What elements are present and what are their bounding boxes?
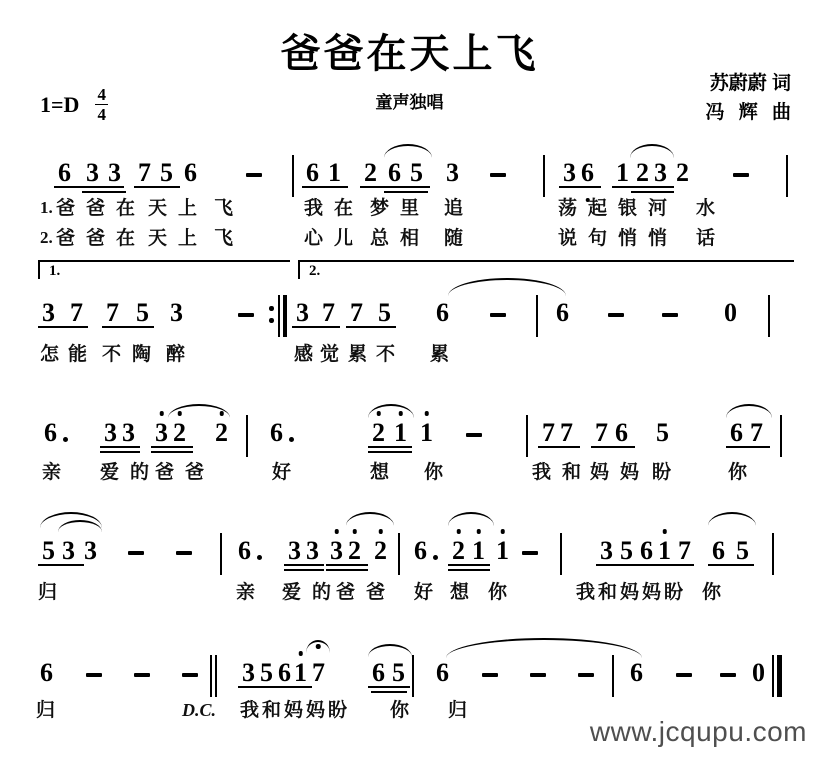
duration-dash (246, 173, 262, 177)
lyric: 累 (348, 344, 378, 367)
note: 6 (44, 420, 57, 446)
lyric: 盼 (652, 462, 682, 485)
lyric: 飞 (214, 198, 244, 221)
note: 5 (136, 300, 149, 326)
beam-underline (384, 191, 428, 193)
score-canvas: 6337566126533612321.爸爸在天上飞我在梦里追荡起银河水2.爸爸… (0, 0, 819, 758)
beam-underline (151, 446, 193, 448)
lyric: 归 (448, 700, 478, 723)
note: 7 (312, 660, 325, 686)
volta-label: 1. (49, 263, 60, 280)
volta-label: 2. (309, 263, 320, 280)
lyric: 你 (488, 582, 518, 605)
note: 3 (155, 420, 168, 446)
note: 6 (270, 420, 283, 446)
lyric: 想 (370, 462, 400, 485)
duration-dash (238, 313, 254, 317)
note: 2 (636, 160, 649, 186)
note: 7 (542, 420, 555, 446)
note: 1 (294, 660, 307, 686)
lyric: 1. (40, 198, 53, 218)
lyric: 总相 (370, 228, 430, 251)
lyric: 爸爸在 (56, 198, 146, 221)
beam-underline (346, 326, 396, 328)
slur-arc (708, 512, 756, 526)
note: 2 (173, 420, 186, 446)
note: 3 (84, 538, 97, 564)
lyric: D.C. (182, 700, 216, 721)
note: 5 (42, 538, 55, 564)
lyric: 我在 (304, 198, 364, 221)
lyric: 爸爸 (336, 582, 396, 605)
lyric: 不 (376, 344, 406, 367)
note: 6 (306, 160, 319, 186)
note: 6 (436, 300, 449, 326)
duration-dash (128, 551, 144, 555)
barline-s (536, 295, 538, 337)
volta-bracket: 1. (38, 260, 290, 279)
duration-dash (733, 173, 749, 177)
note: 1 (328, 160, 341, 186)
beam-underline (368, 451, 412, 453)
duration-dash (176, 551, 192, 555)
lyric: 荡起 (558, 198, 618, 221)
barline-s (246, 415, 248, 457)
note: 6 (640, 538, 653, 564)
note: 7 (322, 300, 335, 326)
note: 3 (600, 538, 613, 564)
note: 6 (615, 420, 628, 446)
beam-underline (591, 446, 635, 448)
watermark: www.jcqupu.com (590, 716, 807, 748)
barline-s (292, 155, 294, 197)
lyric: 不 (102, 344, 132, 367)
slur-arc (368, 644, 412, 657)
beam-underline (100, 451, 140, 453)
note: 3 (122, 420, 135, 446)
beam-underline (100, 446, 140, 448)
beam-underline (448, 564, 490, 566)
lyric: 亲 (42, 462, 72, 485)
fermata-mark (306, 640, 330, 653)
note: 3 (296, 300, 309, 326)
barline-s (543, 155, 545, 197)
lyric: 天上 (148, 228, 208, 251)
lyric: 梦里 (370, 198, 430, 221)
slur-arc (368, 404, 414, 418)
note: 1 (616, 160, 629, 186)
lyric: 悄悄 (618, 228, 678, 251)
lyric: 亲 (236, 582, 266, 605)
note: 6 (630, 660, 643, 686)
note: 3 (654, 160, 667, 186)
beam-underline (284, 564, 324, 566)
note: 7 (678, 538, 691, 564)
duration-dash (490, 173, 506, 177)
note: 5 (410, 160, 423, 186)
note: 6 (581, 160, 594, 186)
barline-s (526, 415, 528, 457)
duration-dash (522, 551, 538, 555)
volta-bracket: 2. (298, 260, 794, 279)
barline-s (768, 295, 770, 337)
note: 7 (560, 420, 573, 446)
lyric: 妈妈 (590, 462, 650, 485)
barline-s (786, 155, 788, 197)
note: 3 (170, 300, 183, 326)
note: 2 (215, 420, 228, 446)
slur-arc (448, 512, 494, 526)
lyric: 银河 (618, 198, 678, 221)
note: 6 (238, 538, 251, 564)
beam-underline (371, 691, 407, 693)
beam-underline (54, 186, 124, 188)
note: 7 (595, 420, 608, 446)
lyric: 归 (36, 700, 66, 723)
beam-underline (368, 446, 412, 448)
beam-underline (238, 686, 278, 688)
lyric: 爱的 (100, 462, 160, 485)
lyric: 我和妈妈盼 (576, 582, 686, 605)
beam-underline (284, 569, 324, 571)
duration-dash (86, 673, 102, 677)
note: 7 (350, 300, 363, 326)
note: 6 (436, 660, 449, 686)
note: 3 (42, 300, 55, 326)
slur-arc (346, 512, 394, 526)
note: 3 (104, 420, 117, 446)
barline-s (560, 533, 562, 575)
lyric: 累 (430, 344, 460, 367)
slur-arc (630, 144, 674, 158)
lyric: 陶 (132, 344, 162, 367)
beam-underline (676, 564, 694, 566)
note: 5 (260, 660, 273, 686)
beam-underline (302, 186, 348, 188)
beam-underline (631, 191, 674, 193)
note: 2 (364, 160, 377, 186)
note: 7 (70, 300, 83, 326)
note: 1 (394, 420, 407, 446)
slur-arc (726, 404, 772, 418)
note: 5 (160, 160, 173, 186)
note: 2 (372, 420, 385, 446)
note: 6 (414, 538, 427, 564)
note: 3 (86, 160, 99, 186)
note: 6 (730, 420, 743, 446)
note: 6 (712, 538, 725, 564)
note: 5 (656, 420, 669, 446)
note: 2 (676, 160, 689, 186)
beam-underline (636, 564, 676, 566)
duration-dash (466, 433, 482, 437)
slur-arc (446, 638, 642, 658)
beam-underline (134, 186, 180, 188)
note: 3 (306, 538, 319, 564)
beam-underline (708, 564, 754, 566)
beam-underline (82, 191, 126, 193)
note: 5 (378, 300, 391, 326)
lyric: 好 (272, 462, 302, 485)
beam-underline (292, 326, 340, 328)
lyric: 你 (424, 462, 454, 485)
beam-underline (326, 564, 368, 566)
beam-underline (274, 686, 312, 688)
lyric: 心儿 (304, 228, 364, 251)
beam-underline (360, 186, 430, 188)
barline-d (210, 655, 212, 697)
note: 7 (138, 160, 151, 186)
lyric: 水 (696, 198, 726, 221)
note: 6 (40, 660, 53, 686)
note: 5 (736, 538, 749, 564)
lyric: 话 (696, 228, 726, 251)
beam-underline (726, 446, 770, 448)
beam-underline (612, 186, 674, 188)
lyric: 说句 (558, 228, 618, 251)
lyric: 爱的 (282, 582, 342, 605)
note: 2 (452, 538, 465, 564)
duration-dash (482, 673, 498, 677)
lyric: 天上 (148, 198, 208, 221)
barline-f (772, 655, 774, 697)
note: 6 (556, 300, 569, 326)
lyric: 随 (444, 228, 474, 251)
barline-s (772, 533, 774, 575)
slur-arc (384, 144, 432, 158)
beam-underline (538, 446, 580, 448)
lyric: 2. (40, 228, 53, 248)
note: 1 (496, 538, 509, 564)
duration-dash (578, 673, 594, 677)
note: 1 (658, 538, 671, 564)
duration-dash (134, 673, 150, 677)
duration-dash (530, 673, 546, 677)
duration-dash (490, 313, 506, 317)
slur-arc (168, 404, 230, 418)
lyric: 追 (444, 198, 474, 221)
note: 3 (108, 160, 121, 186)
duration-dash (676, 673, 692, 677)
duration-dash (182, 673, 198, 677)
beam-underline (368, 686, 410, 688)
lyric: 醉 (166, 344, 196, 367)
lyric: 怎 (40, 344, 70, 367)
beam-underline (38, 326, 88, 328)
note: 1 (472, 538, 485, 564)
lyric: 飞 (214, 228, 244, 251)
lyric: 觉 (320, 344, 350, 367)
duration-dash (608, 313, 624, 317)
note: 6 (372, 660, 385, 686)
note: 2 (374, 538, 387, 564)
barline-re (278, 295, 280, 337)
lyric: 你 (702, 582, 732, 605)
beam-underline (102, 326, 154, 328)
lyric: 我和妈妈盼 (240, 700, 350, 723)
note: 5 (392, 660, 405, 686)
note: 3 (288, 538, 301, 564)
lyric: 爸爸在 (56, 228, 146, 251)
duration-dash (662, 313, 678, 317)
note: 6 (278, 660, 291, 686)
lyric: 我和 (532, 462, 592, 485)
barline-s (398, 533, 400, 575)
lyric: 归 (38, 582, 68, 605)
note: 7 (750, 420, 763, 446)
slur-arc (448, 278, 566, 296)
note: 1 (420, 420, 433, 446)
duration-dash (720, 673, 736, 677)
note: 3 (242, 660, 255, 686)
lyric: 你 (390, 700, 420, 723)
note: 3 (62, 538, 75, 564)
beam-underline (596, 564, 636, 566)
note: 7 (106, 300, 119, 326)
rest-note: 0 (724, 300, 737, 326)
lyric: 爸爸 (155, 462, 215, 485)
beam-underline (38, 564, 84, 566)
note: 3 (563, 160, 576, 186)
beam-underline (151, 451, 193, 453)
note: 6 (184, 160, 197, 186)
note: 6 (388, 160, 401, 186)
note: 3 (446, 160, 459, 186)
barline-s (412, 655, 414, 697)
note: 5 (620, 538, 633, 564)
lyric: 你 (728, 462, 758, 485)
note: 3 (330, 538, 343, 564)
barline-s (220, 533, 222, 575)
barline-s (612, 655, 614, 697)
lyric: 好 (414, 582, 444, 605)
lyric: 能 (68, 344, 98, 367)
note: 2 (348, 538, 361, 564)
beam-underline (448, 569, 490, 571)
lyric: 想 (450, 582, 480, 605)
note: 6 (58, 160, 71, 186)
score-page: 爸爸在天上飞 童声独唱 苏蔚蔚 词 冯 辉 曲 1=D 4 4 63375661… (0, 0, 819, 758)
beam-underline (559, 186, 601, 188)
beam-underline (326, 569, 368, 571)
rest-note: 0 (752, 660, 765, 686)
barline-s (780, 415, 782, 457)
